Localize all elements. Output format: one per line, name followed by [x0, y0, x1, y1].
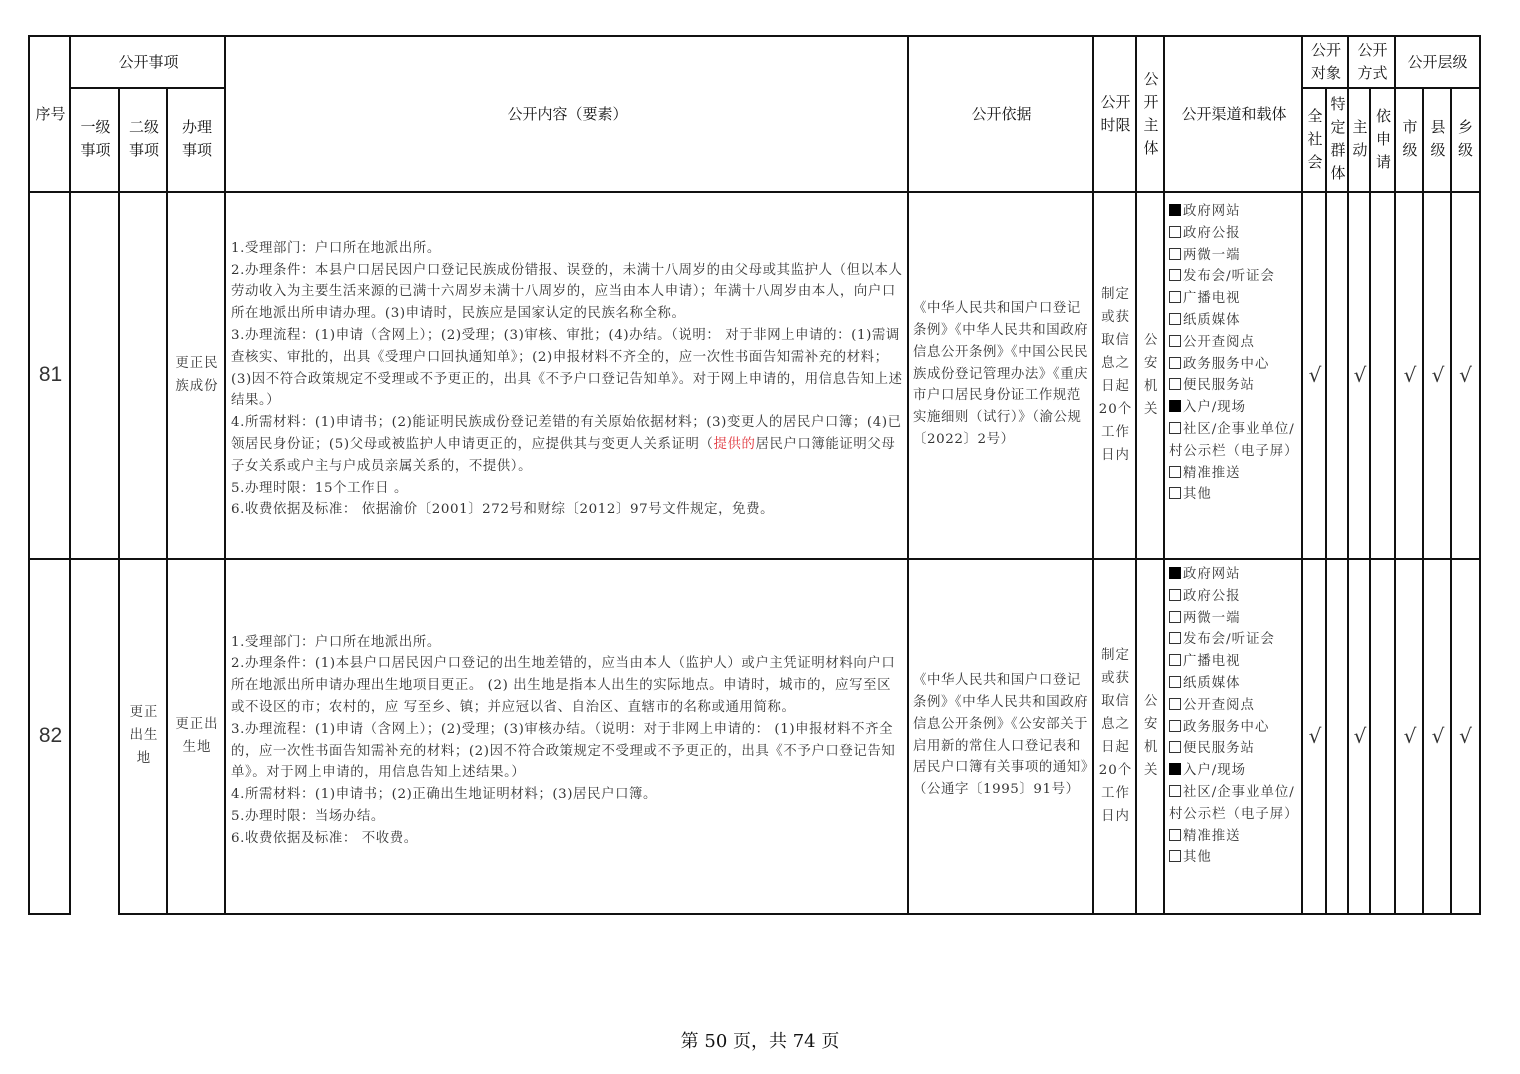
- header-level-county: 县 级: [1422, 87, 1452, 193]
- header-target-specific-char: 群: [1330, 139, 1345, 162]
- channel-item: 公开查阅点: [1169, 332, 1301, 354]
- check-mark-icon: √: [1404, 363, 1417, 387]
- header-handling: 办理 事项: [166, 87, 226, 193]
- header-level-city-char: 级: [1402, 139, 1417, 162]
- channel-item: 入户/现场: [1169, 397, 1301, 419]
- header-level-town: 乡 级: [1450, 87, 1481, 193]
- row-82-method-apply: [1369, 558, 1396, 915]
- checkbox-checked-icon: [1169, 763, 1181, 775]
- channel-label: 纸质媒体: [1183, 676, 1241, 691]
- row-82-level2: 更正 出生 地: [118, 558, 168, 915]
- content-line: 5.办理时限：15个工作日 。: [231, 478, 905, 500]
- row-82-basis-text: 《中华人民共和国户口登记条例》《中华人民共和国政府信息公开条例》《公安部关于启用…: [913, 670, 1091, 801]
- row-81-content: 1.受理部门：户口所在地派出所。 2.办理条件：本县户口居民因户口登记民族成份错…: [224, 191, 909, 560]
- header-time-limit: 公开 时限: [1092, 35, 1137, 193]
- row-82-basis: 《中华人民共和国户口登记条例》《中华人民共和国政府信息公开条例》《公安部关于启用…: [907, 558, 1094, 915]
- header-subject-char: 体: [1143, 137, 1158, 160]
- content-line: 1.受理部门：户口所在地派出所。: [231, 632, 905, 654]
- header-level2-line: 二级: [129, 116, 159, 139]
- header-target-all: 全 社 会: [1301, 87, 1327, 193]
- content-line: 6.收费依据及标准： 不收费。: [231, 828, 905, 850]
- time-limit-line: 息之: [1101, 713, 1130, 736]
- header-method-active-char: 主: [1352, 116, 1367, 139]
- header-seq: 序号: [28, 35, 71, 193]
- header-level2: 二级 事项: [118, 87, 168, 193]
- header-method-group-line: 方式: [1357, 62, 1387, 85]
- channel-item: 发布会/听证会: [1169, 266, 1301, 288]
- check-mark-icon: √: [1459, 363, 1472, 387]
- checkbox-empty-icon: [1169, 741, 1181, 753]
- checkbox-checked-icon: [1169, 400, 1181, 412]
- row-82-level1: [69, 558, 120, 915]
- row-82-level-city: √: [1394, 558, 1424, 915]
- row-82-time-limit: 制定 或获 取信 息之 日起 20个 工作 日内: [1092, 558, 1137, 915]
- time-limit-line: 工作: [1101, 782, 1130, 805]
- channel-item: 纸质媒体: [1169, 673, 1301, 695]
- row-81-basis-text: 《中华人民共和国户口登记条例》《中华人民共和国政府信息公开条例》《中国公民民族成…: [913, 298, 1091, 451]
- row-82-level-town: √: [1450, 558, 1481, 915]
- row-82-handling-line: 生地: [183, 736, 212, 759]
- header-level1-line: 事项: [80, 139, 110, 162]
- time-limit-line: 日内: [1101, 805, 1130, 828]
- subject-char: 公: [1144, 690, 1158, 713]
- row-81-handling-line: 更正民: [175, 352, 218, 375]
- header-target-specific-char: 定: [1330, 116, 1345, 139]
- checkbox-empty-icon: [1169, 720, 1181, 732]
- channel-item: 入户/现场: [1169, 760, 1301, 782]
- channel-label: 发布会/听证会: [1183, 269, 1275, 284]
- header-method-apply-char: 依: [1376, 105, 1391, 128]
- channel-item: 广播电视: [1169, 288, 1301, 310]
- channel-label: 两微一端: [1183, 611, 1241, 626]
- row-81-level1: [69, 191, 120, 560]
- channel-item: 政府网站: [1169, 201, 1301, 223]
- checkbox-empty-icon: [1169, 226, 1181, 238]
- channel-label: 政府公报: [1183, 226, 1241, 241]
- check-mark-icon: √: [1432, 724, 1445, 748]
- channel-label: 便民服务站: [1183, 741, 1255, 756]
- check-mark-icon: √: [1309, 724, 1322, 748]
- channel-item: 其他: [1169, 484, 1301, 506]
- content-line: 3.办理流程：(1)申请（含网上）；(2)受理；(3)审核、审批；(4)办结。（…: [231, 325, 905, 412]
- content-line: 5.办理时限：当场办结。: [231, 806, 905, 828]
- subject-char: 关: [1144, 759, 1158, 782]
- row-81-handling-line: 族成份: [175, 375, 218, 398]
- content-line: 4.所需材料：(1)申请书；(2)能证明民族成份登记差错的有关原始依据材料；(3…: [231, 412, 905, 477]
- channel-label: 精准推送: [1183, 829, 1241, 844]
- header-method-active-char: 动: [1352, 139, 1367, 162]
- header-handling-line: 办理: [182, 116, 212, 139]
- content-line: 2.办理条件：本县户口居民因户口登记民族成份错报、误登的，未满十八周岁的由父母或…: [231, 260, 905, 325]
- channel-label: 政府网站: [1183, 204, 1241, 219]
- checkbox-empty-icon: [1169, 676, 1181, 688]
- header-handling-line: 事项: [182, 139, 212, 162]
- header-method-group-line: 公开: [1357, 39, 1387, 62]
- row-81-level2: [118, 191, 168, 560]
- row-81-target-specific: [1325, 191, 1349, 560]
- subject-char: 公: [1144, 329, 1158, 352]
- checkbox-empty-icon: [1169, 611, 1181, 623]
- time-limit-line: 工作: [1101, 421, 1130, 444]
- header-target-specific: 特 定 群 体: [1325, 87, 1349, 193]
- time-limit-line: 日起: [1101, 736, 1130, 759]
- row-81-target-all: √: [1301, 191, 1327, 560]
- header-target-all-char: 社: [1307, 128, 1322, 151]
- channel-label: 其他: [1183, 850, 1212, 865]
- channel-item: 政务服务中心: [1169, 354, 1301, 376]
- time-limit-line: 日起: [1101, 375, 1130, 398]
- check-mark-icon: √: [1354, 724, 1367, 748]
- channel-label: 政府公报: [1183, 589, 1241, 604]
- content-line: 3.办理流程：(1)申请（含网上）；(2)受理；(3)审核办结。（说明：对于非网…: [231, 719, 905, 784]
- header-time-limit-line: 时限: [1100, 114, 1130, 137]
- channel-item: 政府公报: [1169, 223, 1301, 245]
- checkbox-empty-icon: [1169, 466, 1181, 478]
- row-81-method-apply: [1369, 191, 1396, 560]
- channel-item: 社区/企事业单位/村公示栏（电子屏）: [1169, 782, 1301, 826]
- checkbox-empty-icon: [1169, 422, 1181, 434]
- channel-label: 政务服务中心: [1183, 357, 1269, 372]
- channel-label: 公开查阅点: [1183, 698, 1255, 713]
- header-subject-char: 主: [1143, 114, 1158, 137]
- header-level-county-char: 县: [1430, 116, 1445, 139]
- subject-char: 安: [1144, 352, 1158, 375]
- header-content: 公开内容（要素）: [224, 35, 909, 193]
- highlight-text: 提供的: [713, 437, 755, 452]
- channel-label: 政府网站: [1183, 567, 1241, 582]
- header-level1: 一级 事项: [69, 87, 120, 193]
- channel-item: 其他: [1169, 847, 1301, 869]
- subject-char: 机: [1144, 736, 1158, 759]
- channel-label: 精准推送: [1183, 466, 1241, 481]
- row-82-handling-line: 更正出: [175, 713, 218, 736]
- header-target-group-line: 公开: [1311, 39, 1341, 62]
- header-method-active: 主 动: [1347, 87, 1371, 193]
- check-mark-icon: √: [1432, 363, 1445, 387]
- channel-item: 公开查阅点: [1169, 695, 1301, 717]
- row-82-level-county: √: [1422, 558, 1452, 915]
- checkbox-empty-icon: [1169, 269, 1181, 281]
- checkbox-empty-icon: [1169, 850, 1181, 862]
- row-82-channels: 政府网站 政府公报 两微一端 发布会/听证会 广播电视 纸质媒体 公开查阅点 政…: [1163, 558, 1303, 915]
- header-subject-char: 公: [1143, 68, 1158, 91]
- row-81-level-city: √: [1394, 191, 1424, 560]
- time-limit-line: 20个: [1099, 759, 1132, 782]
- header-subject-char: 开: [1143, 91, 1158, 114]
- checkbox-empty-icon: [1169, 698, 1181, 710]
- channel-item: 精准推送: [1169, 463, 1301, 485]
- channel-item: 政务服务中心: [1169, 717, 1301, 739]
- channel-label: 两微一端: [1183, 248, 1241, 263]
- content-line: 1.受理部门：户口所在地派出所。: [231, 238, 905, 260]
- header-target-all-char: 全: [1307, 105, 1322, 128]
- row-82-method-active: √: [1347, 558, 1371, 915]
- channel-label: 其他: [1183, 487, 1212, 502]
- channel-label: 纸质媒体: [1183, 313, 1241, 328]
- header-level-city-char: 市: [1402, 116, 1417, 139]
- channel-item: 便民服务站: [1169, 738, 1301, 760]
- channel-item: 政府公报: [1169, 586, 1301, 608]
- time-limit-line: 制定: [1101, 283, 1130, 306]
- row-82-content-text: 1.受理部门：户口所在地派出所。 2.办理条件：(1)本县户口居民因户口登记的出…: [231, 632, 905, 850]
- time-limit-line: 取信: [1101, 329, 1130, 352]
- channel-label: 便民服务站: [1183, 378, 1255, 393]
- header-target-all-char: 会: [1307, 151, 1322, 174]
- document-page: 序号 公开事项 一级 事项 二级 事项 办理 事项 公开内容（要素） 公开依据 …: [0, 0, 1520, 1074]
- channel-item: 便民服务站: [1169, 375, 1301, 397]
- row-81-time-limit: 制定 或获 取信 息之 日起 20个 工作 日内: [1092, 191, 1137, 560]
- header-level2-line: 事项: [129, 139, 159, 162]
- checkbox-empty-icon: [1169, 785, 1181, 797]
- channel-label: 发布会/听证会: [1183, 632, 1275, 647]
- row-81-seq: 81: [28, 191, 71, 560]
- checkbox-empty-icon: [1169, 248, 1181, 260]
- subject-char: 安: [1144, 713, 1158, 736]
- row-81-content-text: 1.受理部门：户口所在地派出所。 2.办理条件：本县户口居民因户口登记民族成份错…: [231, 238, 905, 521]
- header-level-town-char: 乡: [1458, 116, 1473, 139]
- time-limit-line: 20个: [1099, 398, 1132, 421]
- subject-char: 机: [1144, 375, 1158, 398]
- channel-item: 广播电视: [1169, 651, 1301, 673]
- checkbox-empty-icon: [1169, 357, 1181, 369]
- checkbox-empty-icon: [1169, 291, 1181, 303]
- channel-label: 社区/企事业单位/村公示栏（电子屏）: [1169, 422, 1299, 459]
- header-public-item-group: 公开事项: [69, 35, 226, 89]
- header-method-group: 公开 方式: [1347, 35, 1396, 89]
- channel-label: 入户/现场: [1183, 400, 1246, 415]
- checkbox-checked-icon: [1169, 204, 1181, 216]
- content-line: 4.所需材料：(1)申请书；(2)正确出生地证明材料；(3)居民户口簿。: [231, 784, 905, 806]
- checkbox-empty-icon: [1169, 589, 1181, 601]
- header-level-group: 公开层级: [1394, 35, 1481, 89]
- content-line: 6.收费依据及标准： 依据渝价〔2001〕272号和财综〔2012〕97号文件规…: [231, 499, 905, 521]
- header-time-limit-line: 公开: [1100, 91, 1130, 114]
- row-82-level2-line: 地: [137, 747, 151, 770]
- content-line: 2.办理条件：(1)本县户口居民因户口登记的出生地差错的，应当由本人（监护人）或…: [231, 653, 905, 718]
- check-mark-icon: √: [1354, 363, 1367, 387]
- header-method-apply-char: 申: [1376, 128, 1391, 151]
- channel-label: 政务服务中心: [1183, 720, 1269, 735]
- channel-item: 两微一端: [1169, 608, 1301, 630]
- time-limit-line: 或获: [1101, 667, 1130, 690]
- header-level-city: 市 级: [1394, 87, 1424, 193]
- header-target-group: 公开 对象: [1301, 35, 1349, 89]
- time-limit-line: 取信: [1101, 690, 1130, 713]
- checkbox-empty-icon: [1169, 632, 1181, 644]
- channel-label: 入户/现场: [1183, 763, 1246, 778]
- channel-label: 社区/企事业单位/村公示栏（电子屏）: [1169, 785, 1299, 822]
- checkbox-empty-icon: [1169, 378, 1181, 390]
- row-81-level-town: √: [1450, 191, 1481, 560]
- row-82-seq: 82: [28, 558, 71, 915]
- row-82-level2-line: 更正: [130, 701, 159, 724]
- row-81-channels: 政府网站 政府公报 两微一端 发布会/听证会 广播电视 纸质媒体 公开查阅点 政…: [1163, 191, 1303, 560]
- checkbox-checked-icon: [1169, 567, 1181, 579]
- checkbox-empty-icon: [1169, 313, 1181, 325]
- time-limit-line: 息之: [1101, 352, 1130, 375]
- row-82-content: 1.受理部门：户口所在地派出所。 2.办理条件：(1)本县户口居民因户口登记的出…: [224, 558, 909, 915]
- checkbox-empty-icon: [1169, 335, 1181, 347]
- header-target-specific-char: 体: [1330, 162, 1345, 185]
- channel-label: 广播电视: [1183, 291, 1241, 306]
- time-limit-line: 制定: [1101, 644, 1130, 667]
- channel-item: 社区/企事业单位/村公示栏（电子屏）: [1169, 419, 1301, 463]
- header-method-apply-char: 请: [1376, 151, 1391, 174]
- header-channels: 公开渠道和载体: [1163, 35, 1303, 193]
- channel-item: 政府网站: [1169, 564, 1301, 586]
- row-81-method-active: √: [1347, 191, 1371, 560]
- row-81-level-county: √: [1422, 191, 1452, 560]
- header-level-county-char: 级: [1430, 139, 1445, 162]
- row-81-basis: 《中华人民共和国户口登记条例》《中华人民共和国政府信息公开条例》《中国公民民族成…: [907, 191, 1094, 560]
- channel-label: 广播电视: [1183, 654, 1241, 669]
- checkbox-empty-icon: [1169, 654, 1181, 666]
- channel-item: 发布会/听证会: [1169, 629, 1301, 651]
- row-82-handling: 更正出 生地: [166, 558, 226, 915]
- checkbox-empty-icon: [1169, 487, 1181, 499]
- channel-label: 公开查阅点: [1183, 335, 1255, 350]
- header-target-group-line: 对象: [1311, 62, 1341, 85]
- channel-item: 纸质媒体: [1169, 310, 1301, 332]
- row-82-target-all: √: [1301, 558, 1327, 915]
- channel-item: 两微一端: [1169, 245, 1301, 267]
- check-mark-icon: √: [1309, 363, 1322, 387]
- time-limit-line: 日内: [1101, 444, 1130, 467]
- header-basis: 公开依据: [907, 35, 1094, 193]
- time-limit-line: 或获: [1101, 306, 1130, 329]
- header-target-specific-char: 特: [1330, 93, 1345, 116]
- row-81-handling: 更正民 族成份: [166, 191, 226, 560]
- checkbox-empty-icon: [1169, 829, 1181, 841]
- header-level-town-char: 级: [1458, 139, 1473, 162]
- header-level1-line: 一级: [80, 116, 110, 139]
- page-number: 第 50 页，共 74 页: [0, 1027, 1520, 1053]
- check-mark-icon: √: [1459, 724, 1472, 748]
- row-82-level2-line: 出生: [130, 724, 159, 747]
- subject-char: 关: [1144, 398, 1158, 421]
- header-method-apply: 依 申 请: [1369, 87, 1396, 193]
- row-81-subject: 公 安 机 关: [1135, 191, 1165, 560]
- check-mark-icon: √: [1404, 724, 1417, 748]
- row-82-target-specific: [1325, 558, 1349, 915]
- channel-item: 精准推送: [1169, 826, 1301, 848]
- row-82-subject: 公 安 机 关: [1135, 558, 1165, 915]
- header-subject: 公 开 主 体: [1135, 35, 1165, 193]
